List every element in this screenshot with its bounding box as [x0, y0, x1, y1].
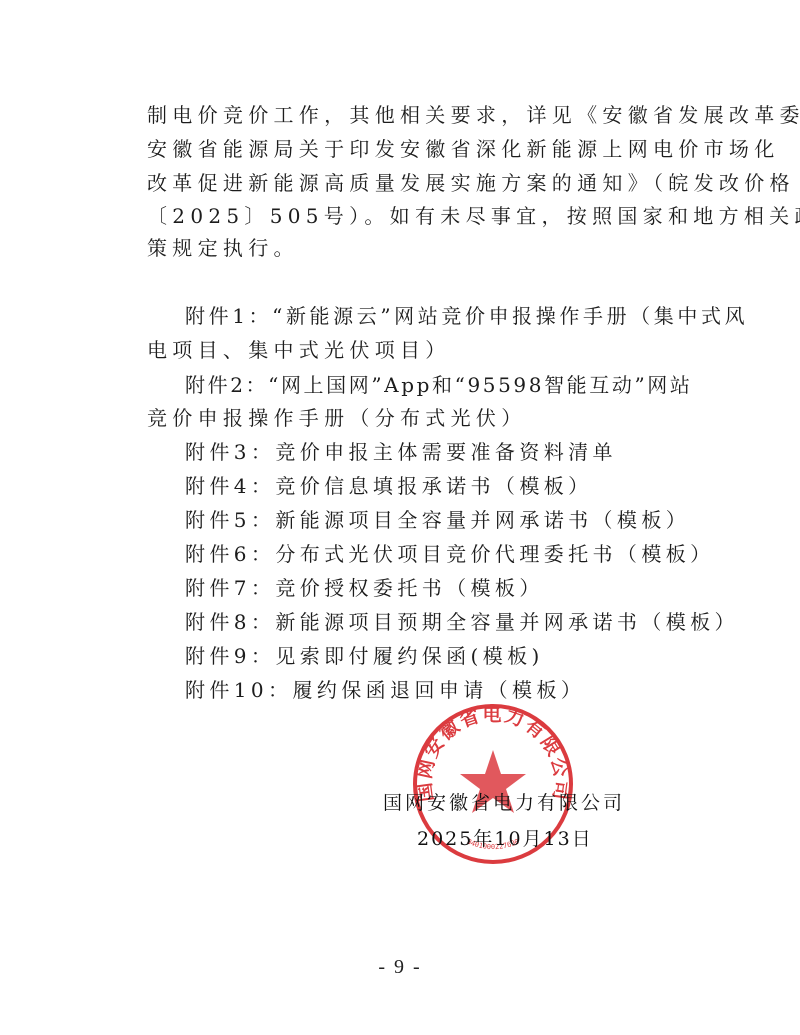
attachment-item-continued: 竞价申报操作手册（分布式光伏） [147, 405, 527, 431]
paragraph-line: 安徽省能源局关于印发安徽省深化新能源上网电价市场化 [147, 136, 780, 162]
attachment-item: 附件5：新能源项目全容量并网承诺书（模板） [185, 507, 690, 533]
paragraph-line: 策规定执行。 [147, 235, 299, 261]
signature-organization: 国网安徽省电力有限公司 [383, 788, 625, 815]
attachment-item: 附件1：“新能源云”网站竞价申报操作手册（集中式风 [185, 303, 748, 329]
attachment-item: 附件9：见索即付履约保函(模板) [185, 643, 544, 669]
attachment-item-continued: 电项目、集中式光伏项目） [147, 337, 451, 363]
attachment-item: 附件3：竞价申报主体需要准备资料清单 [185, 439, 617, 465]
attachment-item: 附件4：竞价信息填报承诺书（模板） [185, 473, 593, 499]
paragraph-line: 〔2025〕505号）。如有未尽事宜，按照国家和地方相关政 [147, 203, 800, 229]
page-number: - 9 - [0, 956, 800, 979]
attachment-item: 附件6：分布式光伏项目竞价代理委托书（模板） [185, 541, 715, 567]
attachment-item: 附件2：“网上国网”App和“95598智能互动”网站 [185, 372, 693, 398]
attachment-item: 附件7：竞价授权委托书（模板） [185, 575, 544, 601]
attachment-item: 附件10：履约保函退回申请（模板） [185, 677, 585, 703]
attachment-item: 附件8：新能源项目预期全容量并网承诺书（模板） [185, 609, 739, 635]
signature-date: 2025年10月13日 [417, 824, 593, 851]
paragraph-line: 改革促进新能源高质量发展实施方案的通知》（皖发改价格 [147, 170, 795, 196]
paragraph-line: 制电价竞价工作，其他相关要求，详见《安徽省发展改革委 [147, 102, 800, 128]
